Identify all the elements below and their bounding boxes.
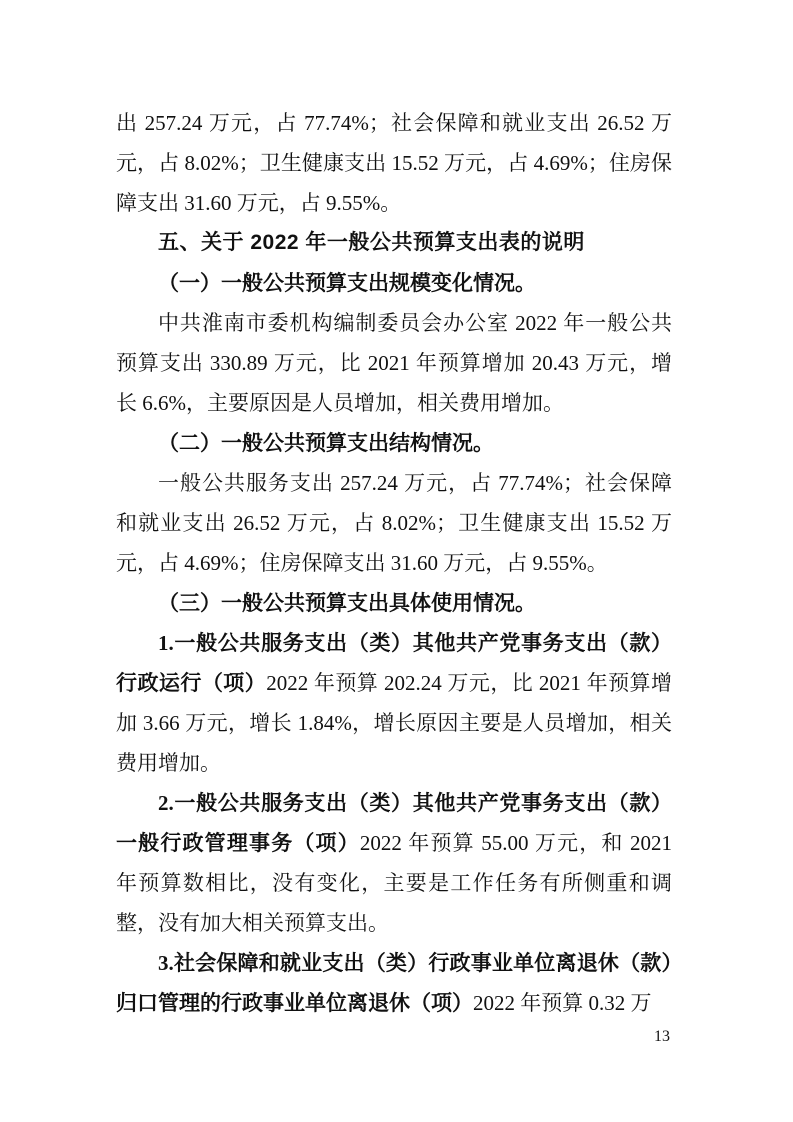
paragraph-scale-change: 中共淮南市委机构编制委员会办公室 2022 年一般公共预算支出 330.89 万… <box>116 303 672 423</box>
paragraph-expenditure-breakdown-continuation: 出 257.24 万元，占 77.74%；社会保障和就业支出 26.52 万元，… <box>116 103 672 223</box>
paragraph-structure: 一般公共服务支出 257.24 万元，占 77.74%；社会保障和就业支出 26… <box>116 463 672 583</box>
list-item-1: 1.一般公共服务支出（类）其他共产党事务支出（款）行政运行（项）2022 年预算… <box>116 623 672 783</box>
document-body: 出 257.24 万元，占 77.74%；社会保障和就业支出 26.52 万元，… <box>116 103 672 1023</box>
subsection-heading-2: （二）一般公共预算支出结构情况。 <box>116 423 672 463</box>
list-item-2: 2.一般公共服务支出（类）其他共产党事务支出（款）一般行政管理事务（项）2022… <box>116 783 672 943</box>
list-item-3: 3.社会保障和就业支出（类）行政事业单位离退休（款）归口管理的行政事业单位离退休… <box>116 943 672 1023</box>
item-3-text: 2022 年预算 0.32 万 <box>473 991 652 1015</box>
section-heading-5: 五、关于 2022 年一般公共预算支出表的说明 <box>116 223 672 263</box>
subsection-heading-3: （三）一般公共预算支出具体使用情况。 <box>116 583 672 623</box>
page-number: 13 <box>654 1026 670 1048</box>
document-page: 出 257.24 万元，占 77.74%；社会保障和就业支出 26.52 万元，… <box>0 0 793 1122</box>
subsection-heading-1: （一）一般公共预算支出规模变化情况。 <box>116 263 672 303</box>
